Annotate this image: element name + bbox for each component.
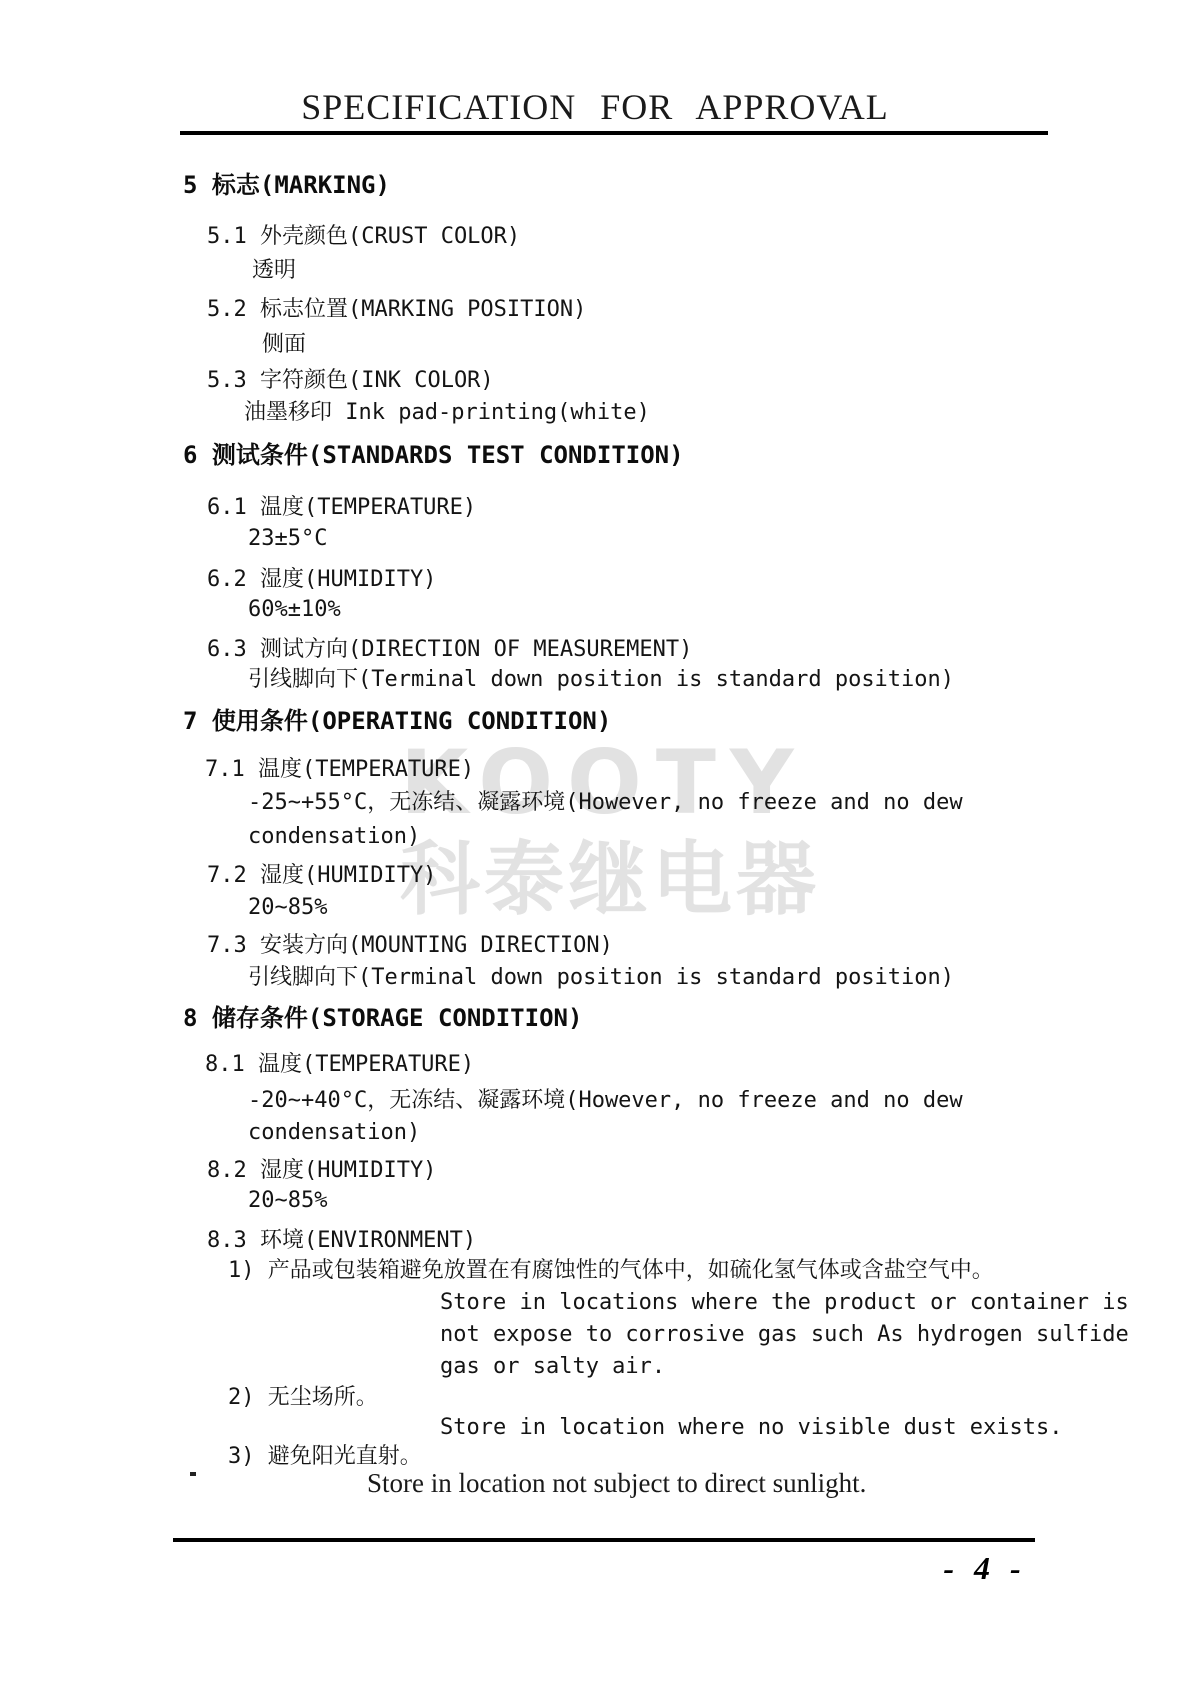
document-page: KOOTY 科泰继电器 SPECIFICATION FOR APPROVAL 5…: [0, 0, 1190, 1683]
item-7-1-label: 7.1 温度(TEMPERATURE): [205, 755, 474, 785]
item-8-3-sub1-cn: 1) 产品或包装箱避免放置在有腐蚀性的气体中，如硫化氢气体或含盐空气中。: [228, 1256, 994, 1286]
item-8-1-value-line2: condensation): [248, 1118, 420, 1148]
item-7-3-value: 引线脚向下(Terminal down position is standard…: [248, 963, 954, 993]
item-6-1-label: 6.1 温度(TEMPERATURE): [207, 493, 476, 523]
item-7-2-value: 20~85%: [248, 893, 327, 923]
item-8-2-value: 20~85%: [248, 1186, 327, 1216]
section-5-heading: 5 标志(MARKING): [183, 170, 390, 200]
page-number: - 4 -: [925, 1550, 1045, 1587]
stray-mark: [190, 1472, 196, 1476]
item-7-1-value-line1: -25~+55°C，无冻结、凝露环境(However, no freeze an…: [248, 788, 963, 818]
item-6-2-value: 60%±10%: [248, 595, 341, 625]
item-5-2-label: 5.2 标志位置(MARKING POSITION): [207, 295, 586, 325]
item-8-1-value-line1: -20~+40°C，无冻结、凝露环境(However, no freeze an…: [248, 1086, 963, 1116]
item-8-3-sub1-en-line3: gas or salty air.: [440, 1352, 665, 1382]
item-5-2-value: 侧面: [262, 330, 306, 360]
item-5-1-value: 透明: [252, 256, 296, 286]
item-8-1-label: 8.1 温度(TEMPERATURE): [205, 1050, 474, 1080]
item-5-1-label: 5.1 外壳颜色(CRUST COLOR): [207, 222, 520, 252]
item-5-3-value: 油墨移印 Ink pad-printing(white): [244, 398, 650, 428]
item-8-3-sub1-en-line2: not expose to corrosive gas such As hydr…: [440, 1320, 1129, 1350]
item-8-2-label: 8.2 湿度(HUMIDITY): [207, 1156, 436, 1186]
item-7-1-value-line2: condensation): [248, 822, 420, 852]
item-8-3-label: 8.3 环境(ENVIRONMENT): [207, 1226, 476, 1256]
footer-rule: [173, 1538, 1035, 1542]
header-rule: [180, 131, 1048, 135]
item-8-3-sub3-en-serif: Store in location not subject to direct …: [367, 1468, 866, 1498]
item-6-2-label: 6.2 湿度(HUMIDITY): [207, 565, 436, 595]
watermark-cjk: 科泰继电器: [400, 834, 790, 926]
item-6-3-value: 引线脚向下(Terminal down position is standard…: [248, 665, 954, 695]
item-8-3-sub1-en-line1: Store in locations where the product or …: [440, 1288, 1129, 1318]
item-5-3-label: 5.3 字符颜色(INK COLOR): [207, 366, 494, 396]
page-title: SPECIFICATION FOR APPROVAL: [0, 86, 1190, 128]
item-8-3-sub2-cn: 2) 无尘场所。: [228, 1383, 378, 1413]
item-6-3-label: 6.3 测试方向(DIRECTION OF MEASUREMENT): [207, 635, 692, 665]
section-6-heading: 6 测试条件(STANDARDS TEST CONDITION): [183, 440, 684, 470]
section-7-heading: 7 使用条件(OPERATING CONDITION): [183, 706, 611, 736]
item-7-2-label: 7.2 湿度(HUMIDITY): [207, 861, 436, 891]
item-6-1-value: 23±5°C: [248, 524, 327, 554]
item-8-3-sub2-en: Store in location where no visible dust …: [440, 1413, 1063, 1443]
section-8-heading: 8 储存条件(STORAGE CONDITION): [183, 1003, 582, 1033]
item-7-3-label: 7.3 安装方向(MOUNTING DIRECTION): [207, 931, 613, 961]
